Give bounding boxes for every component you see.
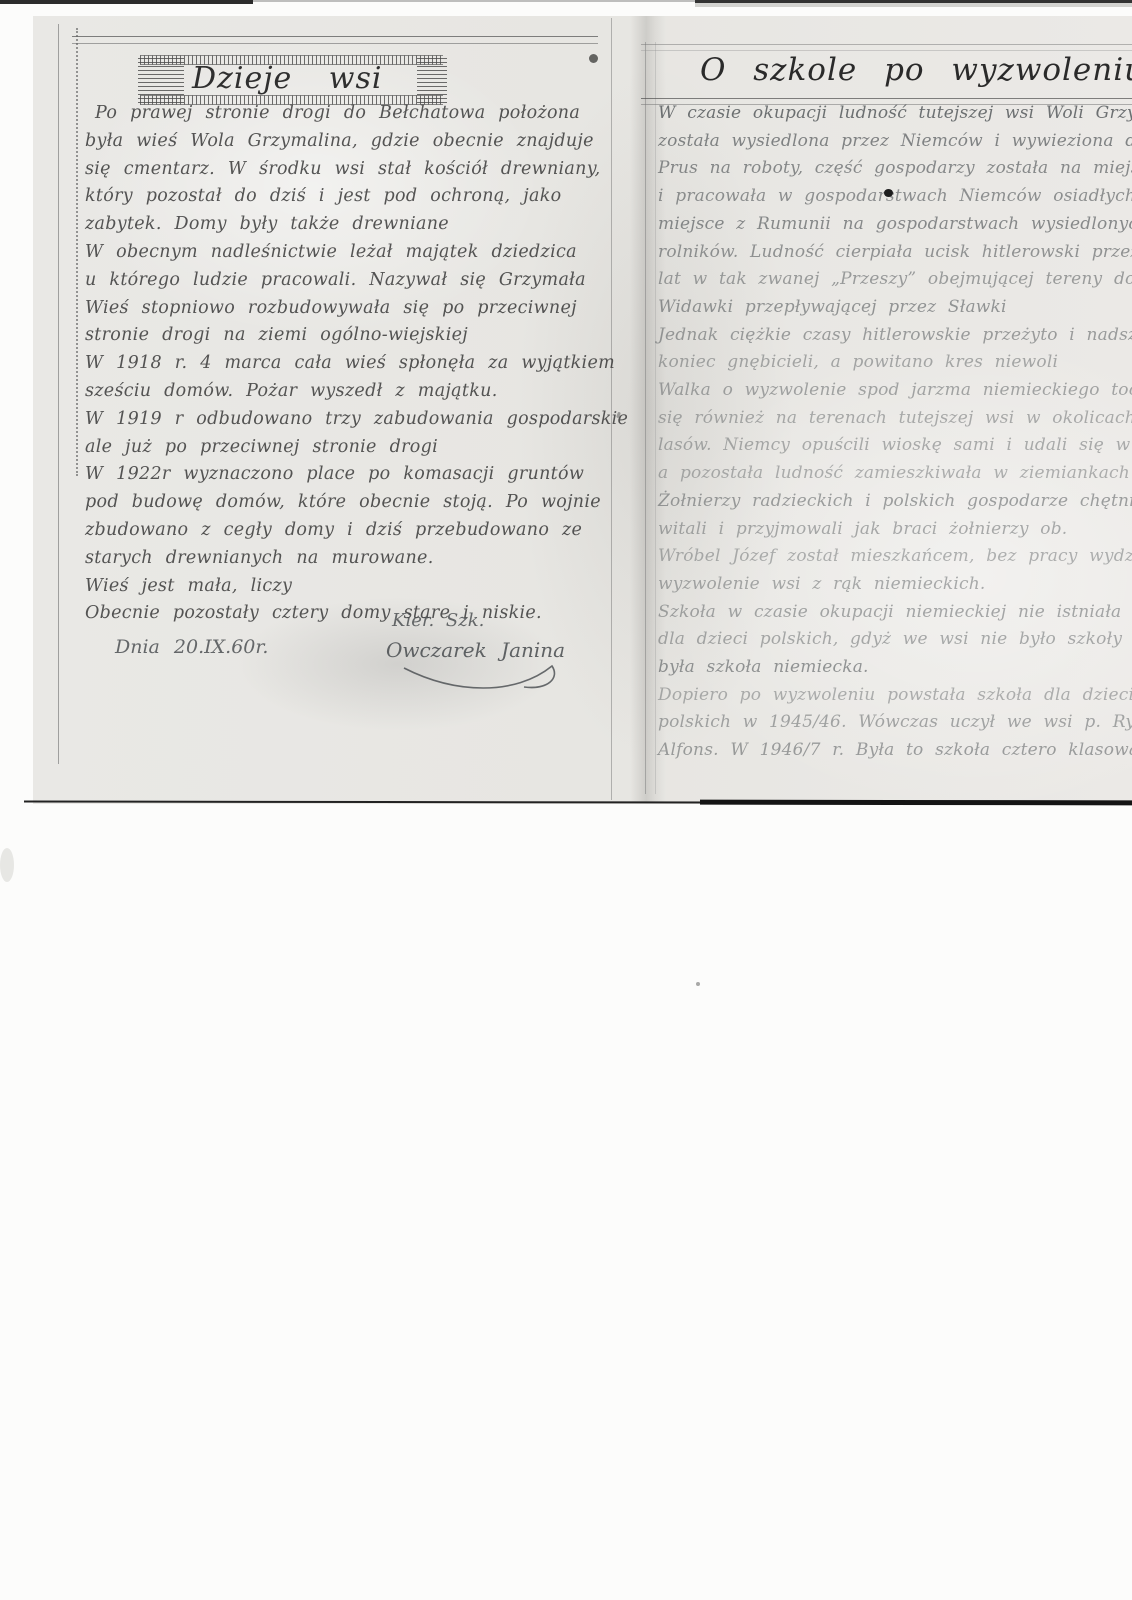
handwritten-line: się również na terenach tutejszej wsi w … [658, 405, 1132, 433]
signature-name: Owczarek Janina [386, 638, 565, 662]
scan-area: Dzieje wsi Po prawej stronie drogi do Be… [33, 16, 1132, 804]
handwritten-line: wyzwolenie wsi z rąk niemieckich. [658, 571, 1132, 599]
paper-speck [696, 982, 700, 986]
handwritten-line: starych drewnianych na murowane. [85, 545, 610, 573]
ink-blob [884, 189, 893, 197]
left-page-margin-line [58, 24, 59, 764]
handwritten-line: Jednak ciężkie czasy hitlerowskie przeży… [658, 322, 1132, 350]
handwritten-line: była wieś Wola Grzymalina, gdzie obecnie… [85, 128, 610, 156]
handwritten-line: miejsce z Rumunii na gospodarstwach wysi… [658, 211, 1132, 239]
handwritten-line: zabytek. Domy były także drewniane [85, 211, 610, 239]
handwritten-line: Widawki przepływającej przez Sławki [658, 294, 1132, 322]
handwritten-line: u którego ludzie pracowali. Nazywał się … [85, 267, 610, 295]
title-box-right-cap [417, 57, 447, 103]
handwritten-line: lasów. Niemcy opuścili wioskę sami i uda… [658, 432, 1132, 460]
handwritten-line: lat w tak zwanej „Przeszy” obejmującej t… [658, 266, 1132, 294]
scanned-document-page: { "colors": { "ink": "#3f3f3f", "ink_fad… [0, 0, 1132, 1600]
handwritten-line: który pozostał do dziś i jest pod ochron… [85, 183, 610, 211]
right-page-text: W czasie okupacji ludność tutejszej wsi … [658, 100, 1132, 765]
handwritten-line: Dopiero po wyzwoleniu powstała szkoła dl… [658, 682, 1132, 710]
paper-smudge [0, 848, 14, 882]
left-page-dotted-margin-line [76, 28, 78, 476]
handwritten-line: Prus na roboty, część gospodarzy została… [658, 155, 1132, 183]
left-page-text: Po prawej stronie drogi do Bełchatowa po… [85, 100, 610, 628]
scan-edge-top-left [0, 0, 253, 4]
handwritten-line: W obecnym nadleśnictwie leżał majątek dz… [85, 239, 610, 267]
handwritten-line: Po prawej stronie drogi do Bełchatowa po… [85, 100, 610, 128]
right-page-title: O szkole po wyzwoleniu [700, 52, 1132, 88]
handwritten-line: dla dzieci polskich, gdyż we wsi nie był… [658, 626, 1132, 654]
handwritten-line: Wieś jest mała, liczy [85, 573, 610, 601]
handwritten-line: W czasie okupacji ludność tutejszej wsi … [658, 100, 1132, 128]
handwritten-line: Alfons. W 1946/7 r. Była to szkoła czter… [658, 737, 1132, 765]
handwritten-line: była szkoła niemiecka. [658, 654, 1132, 682]
handwritten-line: witali i przyjmowali jak braci żołnierzy… [658, 516, 1132, 544]
handwritten-line: a pozostała ludność zamieszkiwała w ziem… [658, 460, 1132, 488]
ink-dot-between-pages [589, 54, 598, 63]
left-page-title-box: Dzieje wsi [140, 57, 443, 103]
signature-role: Kier. Szk. [392, 610, 484, 631]
handwritten-line: W 1922r wyznaczono place po komasacji gr… [85, 461, 610, 489]
left-page-title: Dzieje wsi [192, 61, 382, 96]
handwritten-line: zbudowano z cegły domy i dziś przebudowa… [85, 517, 610, 545]
handwritten-line: koniec gnębicieli, a powitano kres niewo… [658, 349, 1132, 377]
handwritten-line: pod budowę domów, które obecnie stoją. P… [85, 489, 610, 517]
handwritten-line: ale już po przeciwnej stronie drogi [85, 434, 610, 462]
handwritten-line: sześciu domów. Pożar wyszedł z majątku. [85, 378, 610, 406]
handwritten-line: została wysiedlona przez Niemców i wywie… [658, 128, 1132, 156]
handwritten-line: i pracowała w gospodarstwach Niemców osi… [658, 183, 1132, 211]
date-line: Dnia 20.IX.60r. [115, 636, 268, 658]
handwritten-line: polskich w 1945/46. Wówczas uczył we wsi… [658, 709, 1132, 737]
handwritten-line: rolników. Ludność cierpiała ucisk hitler… [658, 239, 1132, 267]
signature-flourish [400, 660, 570, 702]
handwritten-line: W 1919 r odbudowano trzy zabudowania gos… [85, 406, 610, 434]
scan-bottom-line-right [700, 800, 1132, 806]
left-page-top-rule [72, 36, 598, 44]
handwritten-line: W 1918 r. 4 marca cała wieś spłonęła za … [85, 350, 610, 378]
handwritten-line: się cmentarz. W środku wsi stał kościół … [85, 156, 610, 184]
title-box-left-cap [138, 57, 184, 103]
handwritten-line: Obecnie pozostały cztery domy stare i ni… [85, 600, 610, 628]
handwritten-line: Walka o wyzwolenie spod jarzma niemiecki… [658, 377, 1132, 405]
scan-edge-top-right-shadow [695, 3, 1132, 7]
handwritten-line: Wieś stopniowo rozbudowywała się po prze… [85, 295, 610, 323]
scan-edge-top-middle [253, 0, 695, 2]
right-page-top-rule [641, 44, 1132, 51]
handwritten-line: stronie drogi na ziemi ogólno-wiejskiej [85, 322, 610, 350]
handwritten-line: Szkoła w czasie okupacji niemieckiej nie… [658, 599, 1132, 627]
right-page-left-border [645, 42, 656, 794]
handwritten-line: Wróbel Józef został mieszkańcem, bez pra… [658, 543, 1132, 571]
handwritten-line: Żołnierzy radzieckich i polskich gospoda… [658, 488, 1132, 516]
